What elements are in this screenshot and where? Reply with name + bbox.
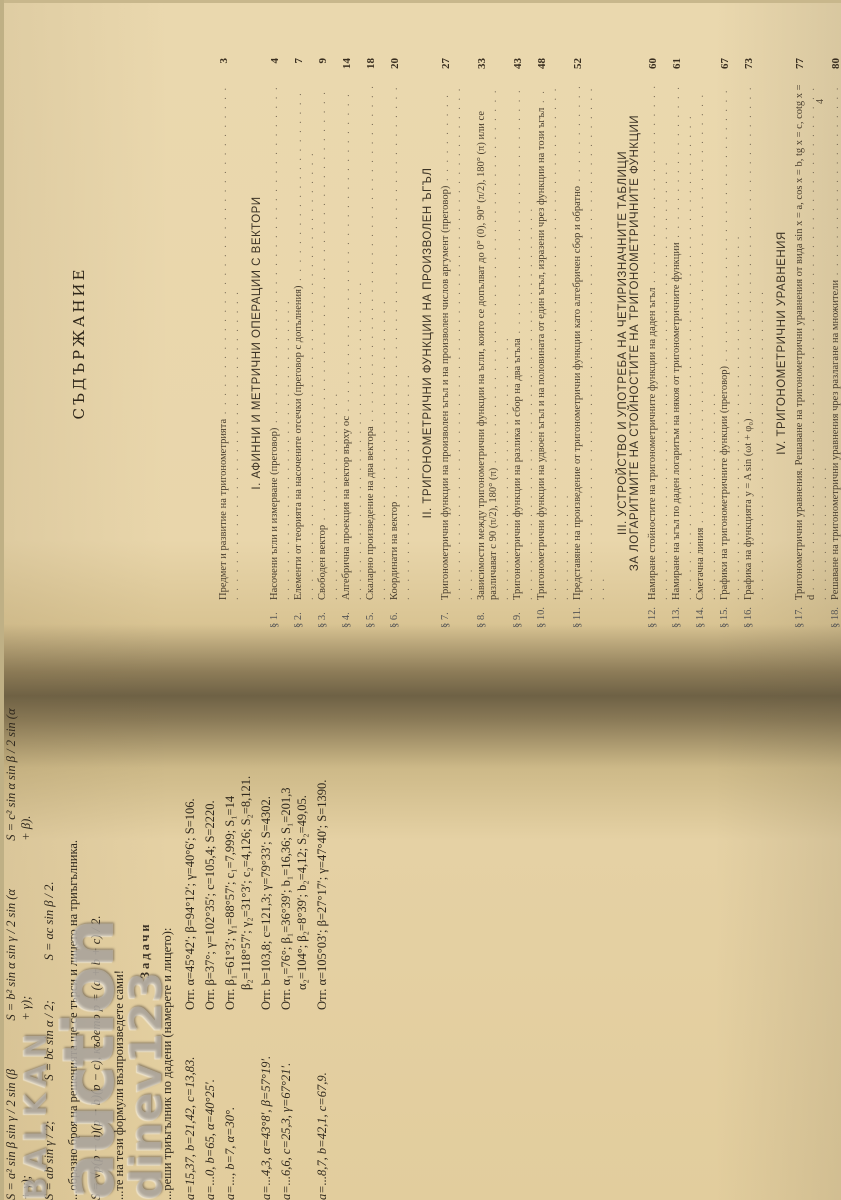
toc-item-number: § 2. [293, 600, 305, 628]
answer-line: Отг. β₁=61°3′; γ₁=88°57′; c₁=7,999; S₁=1… [223, 796, 237, 1010]
toc-item[interactable]: § 13.Намиране на ъгъл по даден логаритъм… [671, 58, 695, 628]
toc-item-label: Скаларно произведение на два вектора [365, 84, 389, 600]
toc-item-page: 77 [794, 58, 806, 84]
toc-item-page: 20 [389, 58, 401, 84]
toc-item[interactable]: § 12.Намиране стойностите на тригонометр… [647, 58, 671, 628]
paragraph: ...те на тези формули възпроизведете сам… [111, 700, 128, 1200]
toc-item-label: Тригонометрични функции на удвоен ъгъл и… [536, 84, 572, 600]
page-top-edge [0, 0, 841, 3]
toc-item-label: Решаване на тригонометрични уравнения чр… [830, 84, 841, 600]
toc-item-page: 43 [512, 58, 524, 84]
math-page: S = a² sin β sin γ / 2 sin (β + γ); S = … [0, 700, 560, 1200]
toc-item-label: Сметачна линия [695, 84, 719, 600]
toc-item-label: Тригонометрични уравнения. Решаване на т… [794, 84, 830, 600]
toc-item[interactable]: § 4.Алгебрична проекция на вектор върху … [341, 58, 365, 628]
toc-item-label: Координати на вектор [389, 84, 413, 600]
toc-item[interactable]: § 18.Решаване на тригонометрични уравнен… [830, 58, 841, 628]
toc-section-title: III. УСТРОЙСТВО И УПОТРЕБА НА ЧЕТИРИЗНАЧ… [617, 58, 629, 628]
toc-item-number: § 17. [794, 600, 806, 628]
toc-item-label: Елементи от теорията на насочените отсеч… [293, 84, 317, 600]
toc-item-label: Предмет и развитие на тригонометрията [218, 84, 242, 600]
toc-intro-row[interactable]: Предмет и развитие на тригонометрията 3 [218, 58, 242, 628]
toc-item-number: § 10. [536, 600, 548, 628]
problem-answer: Отг. β₁=61°3′; γ₁=88°57′; c₁=7,999; S₁=1… [222, 700, 254, 1010]
exercises-intro: ...реши триъгълник по дадени (намерете и… [159, 700, 176, 1200]
toc-item-page: 52 [572, 58, 584, 84]
toc-item-number: § 16. [743, 600, 755, 628]
toc-item-page: 60 [647, 58, 659, 84]
answer-line: Отг. α₁=76°; β₁=36°39′; b₁=16,36; S₁=201… [279, 788, 293, 1010]
toc-item-page: 48 [536, 58, 548, 84]
toc-item-number: § 18. [830, 600, 841, 628]
toc-item-label: Насочени ъгли и измерване (преговор) [269, 84, 293, 600]
toc-item-label: Графика на функцията y = A sin (ωt + φ₀) [743, 84, 767, 600]
heron-formula: S = √p(p − a)(p − b)(p − c), където p = … [88, 700, 105, 1200]
toc-item-page: 14 [341, 58, 353, 84]
toc-item[interactable]: § 16.Графика на функцията y = A sin (ωt … [743, 58, 767, 628]
exercises-heading: Задачи [138, 700, 153, 1200]
toc-item-number: § 5. [365, 600, 377, 628]
problem-answer: Отг. α₁=76°; β₁=36°39′; b₁=16,36; S₁=201… [278, 700, 310, 1010]
toc-item-label: Графики на тригонометричните функции (пр… [719, 84, 743, 600]
toc-item-number: § 3. [317, 600, 329, 628]
problem-given: a=...6,6, c=25,3, γ=67°21′. [278, 1010, 310, 1200]
toc-item-page: 73 [743, 58, 755, 84]
toc-section-heading[interactable]: II. ТРИГОНОМЕТРИЧНИ ФУНКЦИИ НА ПРОИЗВОЛЕ… [422, 58, 434, 628]
toc-item-number: § 7. [440, 600, 452, 628]
toc-item-page: 67 [719, 58, 731, 84]
toc-section-title: IV. ТРИГОНОМЕТРИЧНИ УРАВНЕНИЯ [776, 58, 788, 628]
toc-item-label: Тригонометрични функции на произволен ъг… [440, 84, 476, 600]
formula: S = ab sin γ / 2; [42, 1121, 57, 1200]
problem-given: a=..., b=7, α=30°. [222, 1010, 254, 1200]
toc-section-heading[interactable]: I. АФИННИ И МЕТРИЧНИ ОПЕРАЦИИ С ВЕКТОРИ [251, 58, 263, 628]
problem-given: a=...0, b=65, α=40°25′. [202, 1010, 218, 1200]
toc-item-page: 4 [269, 58, 281, 84]
formula: S = bc sin α / 2; [42, 1000, 57, 1080]
formula: S = a² sin β sin γ / 2 sin (β + γ); [4, 1061, 34, 1200]
toc-title: СЪДЪРЖАНИЕ [70, 58, 88, 628]
toc-item[interactable]: § 6.Координати на вектор20 [389, 58, 413, 628]
toc-item-page: 61 [671, 58, 683, 84]
formula: S = c² sin α sin β / 2 sin (α + β). [4, 700, 34, 841]
toc-page: СЪДЪРЖАНИЕ Предмет и развитие на тригоно… [70, 58, 840, 628]
toc-item[interactable]: § 15.Графики на тригонометричните функци… [719, 58, 743, 628]
problem-row: a=...8,7, b=42,1, c=67,9.Отг. α=105°03′;… [314, 700, 330, 1200]
problem-row: a=...4,3, α=43°8′, β=57°19′.Отг. b=103,8… [258, 700, 274, 1200]
toc-item-label: Зависимости между тригонометрични функци… [476, 84, 512, 600]
toc-item-label: Свободен вектор [317, 84, 341, 600]
page-mark: 4 [815, 99, 826, 104]
formula: S = b² sin α sin γ / 2 sin (α + γ); [4, 881, 34, 1021]
toc-item[interactable]: § 10.Тригонометрични функции на удвоен ъ… [536, 58, 572, 628]
toc-item[interactable]: § 3.Свободен вектор9 [317, 58, 341, 628]
toc-item-page: 33 [476, 58, 488, 84]
toc-item[interactable]: § 11.Представяне на произведение от триг… [572, 58, 608, 628]
toc-item-number: § 14. [695, 600, 707, 628]
toc-item-number: § 4. [341, 600, 353, 628]
area-formulas-row-2: S = ab sin γ / 2; S = bc sin α / 2; S = … [42, 700, 57, 1200]
toc-item-page: 27 [440, 58, 452, 84]
toc-item-page: 9 [317, 58, 329, 84]
formula: S = ac sin β / 2. [42, 881, 57, 960]
toc-section-heading[interactable]: III. УСТРОЙСТВО И УПОТРЕБА НА ЧЕТИРИЗНАЧ… [617, 58, 641, 628]
toc-item-number: § 6. [389, 600, 401, 628]
toc-item-page: 80 [830, 58, 841, 84]
toc-item-label: Тригонометрични функции на разлика и сбо… [512, 84, 536, 600]
toc-section-subtitle: ЗА ЛОГАРИТМИТЕ НА СТОЙНОСТИТЕ НА ТРИГОНО… [629, 58, 641, 628]
toc-item[interactable]: § 5.Скаларно произведение на два вектора… [365, 58, 389, 628]
toc-item-number: § 15. [719, 600, 731, 628]
toc-sections: I. АФИННИ И МЕТРИЧНИ ОПЕРАЦИИ С ВЕКТОРИ§… [251, 58, 841, 628]
toc-item-number: § 1. [269, 600, 281, 628]
problem-given: a=...8,7, b=42,1, c=67,9. [314, 1010, 330, 1200]
toc-item[interactable]: § 8.Зависимости между тригонометрични фу… [476, 58, 512, 628]
answer-line-2: β₂=118°57′; γ₂=31°3′; c₂=4,126; S₂=8,121… [238, 700, 254, 1010]
toc-section-title: I. АФИННИ И МЕТРИЧНИ ОПЕРАЦИИ С ВЕКТОРИ [251, 58, 263, 628]
toc-item[interactable]: § 2.Елементи от теорията на насочените о… [293, 58, 317, 628]
toc-item[interactable]: § 9.Тригонометрични функции на разлика и… [512, 58, 536, 628]
problem-row: a=...0, b=65, α=40°25′.Отг. β=37°; γ=102… [202, 700, 218, 1200]
toc-item-page: 7 [293, 58, 305, 84]
paragraph: ...образно броя на решенията ще се търси… [65, 700, 82, 1200]
toc-item-label: Намиране на ъгъл по даден логаритъм на н… [671, 84, 695, 600]
toc-item[interactable]: § 1.Насочени ъгли и измерване (преговор)… [269, 58, 293, 628]
toc-section-title: II. ТРИГОНОМЕТРИЧНИ ФУНКЦИИ НА ПРОИЗВОЛЕ… [422, 58, 434, 628]
problem-row: a=...6,6, c=25,3, γ=67°21′.Отг. α₁=76°; … [278, 700, 310, 1200]
toc-item-number: § 13. [671, 600, 683, 628]
problem-answer: Отг. α=105°03′; β=27°17′; γ=47°40′; S=13… [314, 700, 330, 1010]
problem-row: a=15,37, b=21,42, c=13,83.Отг. α=45°42′;… [182, 700, 198, 1200]
problem-list: a=15,37, b=21,42, c=13,83.Отг. α=45°42′;… [182, 700, 330, 1200]
problem-given: a=...4,3, α=43°8′, β=57°19′. [258, 1010, 274, 1200]
toc-item-label: Намиране стойностите на тригонометричнит… [647, 84, 671, 600]
toc-item-number: § 12. [647, 600, 659, 628]
area-formulas-row-1: S = a² sin β sin γ / 2 sin (β + γ); S = … [4, 700, 34, 1200]
toc-item-page: 3 [218, 58, 230, 84]
problem-given: a=15,37, b=21,42, c=13,83. [182, 1010, 198, 1200]
answer-line: Отг. α=105°03′; β=27°17′; γ=47°40′; S=13… [315, 780, 329, 1010]
problem-answer: Отг. β=37°; γ=102°35′; c=105,4; S=2220. [202, 700, 218, 1010]
problem-row: a=..., b=7, α=30°.Отг. β₁=61°3′; γ₁=88°5… [222, 700, 254, 1200]
toc-item[interactable]: § 14.Сметачна линия [695, 58, 719, 628]
toc-item-label: Алгебрична проекция на вектор върху ос [341, 84, 365, 600]
toc-section-heading[interactable]: IV. ТРИГОНОМЕТРИЧНИ УРАВНЕНИЯ [776, 58, 788, 628]
toc-item-page: 18 [365, 58, 377, 84]
toc-item-number: § 11. [572, 600, 584, 628]
answer-line: Отг. α=45°42′; β=94°12′; γ=40°6′; S=106. [183, 798, 197, 1010]
problem-answer: Отг. b=103,8; c=121,3; γ=79°33′; S=4302. [258, 700, 274, 1010]
toc-item[interactable]: § 7.Тригонометрични функции на произволе… [440, 58, 476, 628]
problem-answer: Отг. α=45°42′; β=94°12′; γ=40°6′; S=106. [182, 700, 198, 1010]
answer-line-2: α₂=104°; β₂=8°39′; b₂=4,12; S₂=49,05. [294, 700, 310, 1010]
toc-item[interactable]: § 17.Тригонометрични уравнения. Решаване… [794, 58, 830, 628]
toc-item-number: § 9. [512, 600, 524, 628]
answer-line: Отг. β=37°; γ=102°35′; c=105,4; S=2220. [203, 800, 217, 1010]
toc-item-number: § 8. [476, 600, 488, 628]
toc-item-label: Представяне на произведение от тригономе… [572, 84, 608, 600]
answer-line: Отг. b=103,8; c=121,3; γ=79°33′; S=4302. [259, 796, 273, 1010]
